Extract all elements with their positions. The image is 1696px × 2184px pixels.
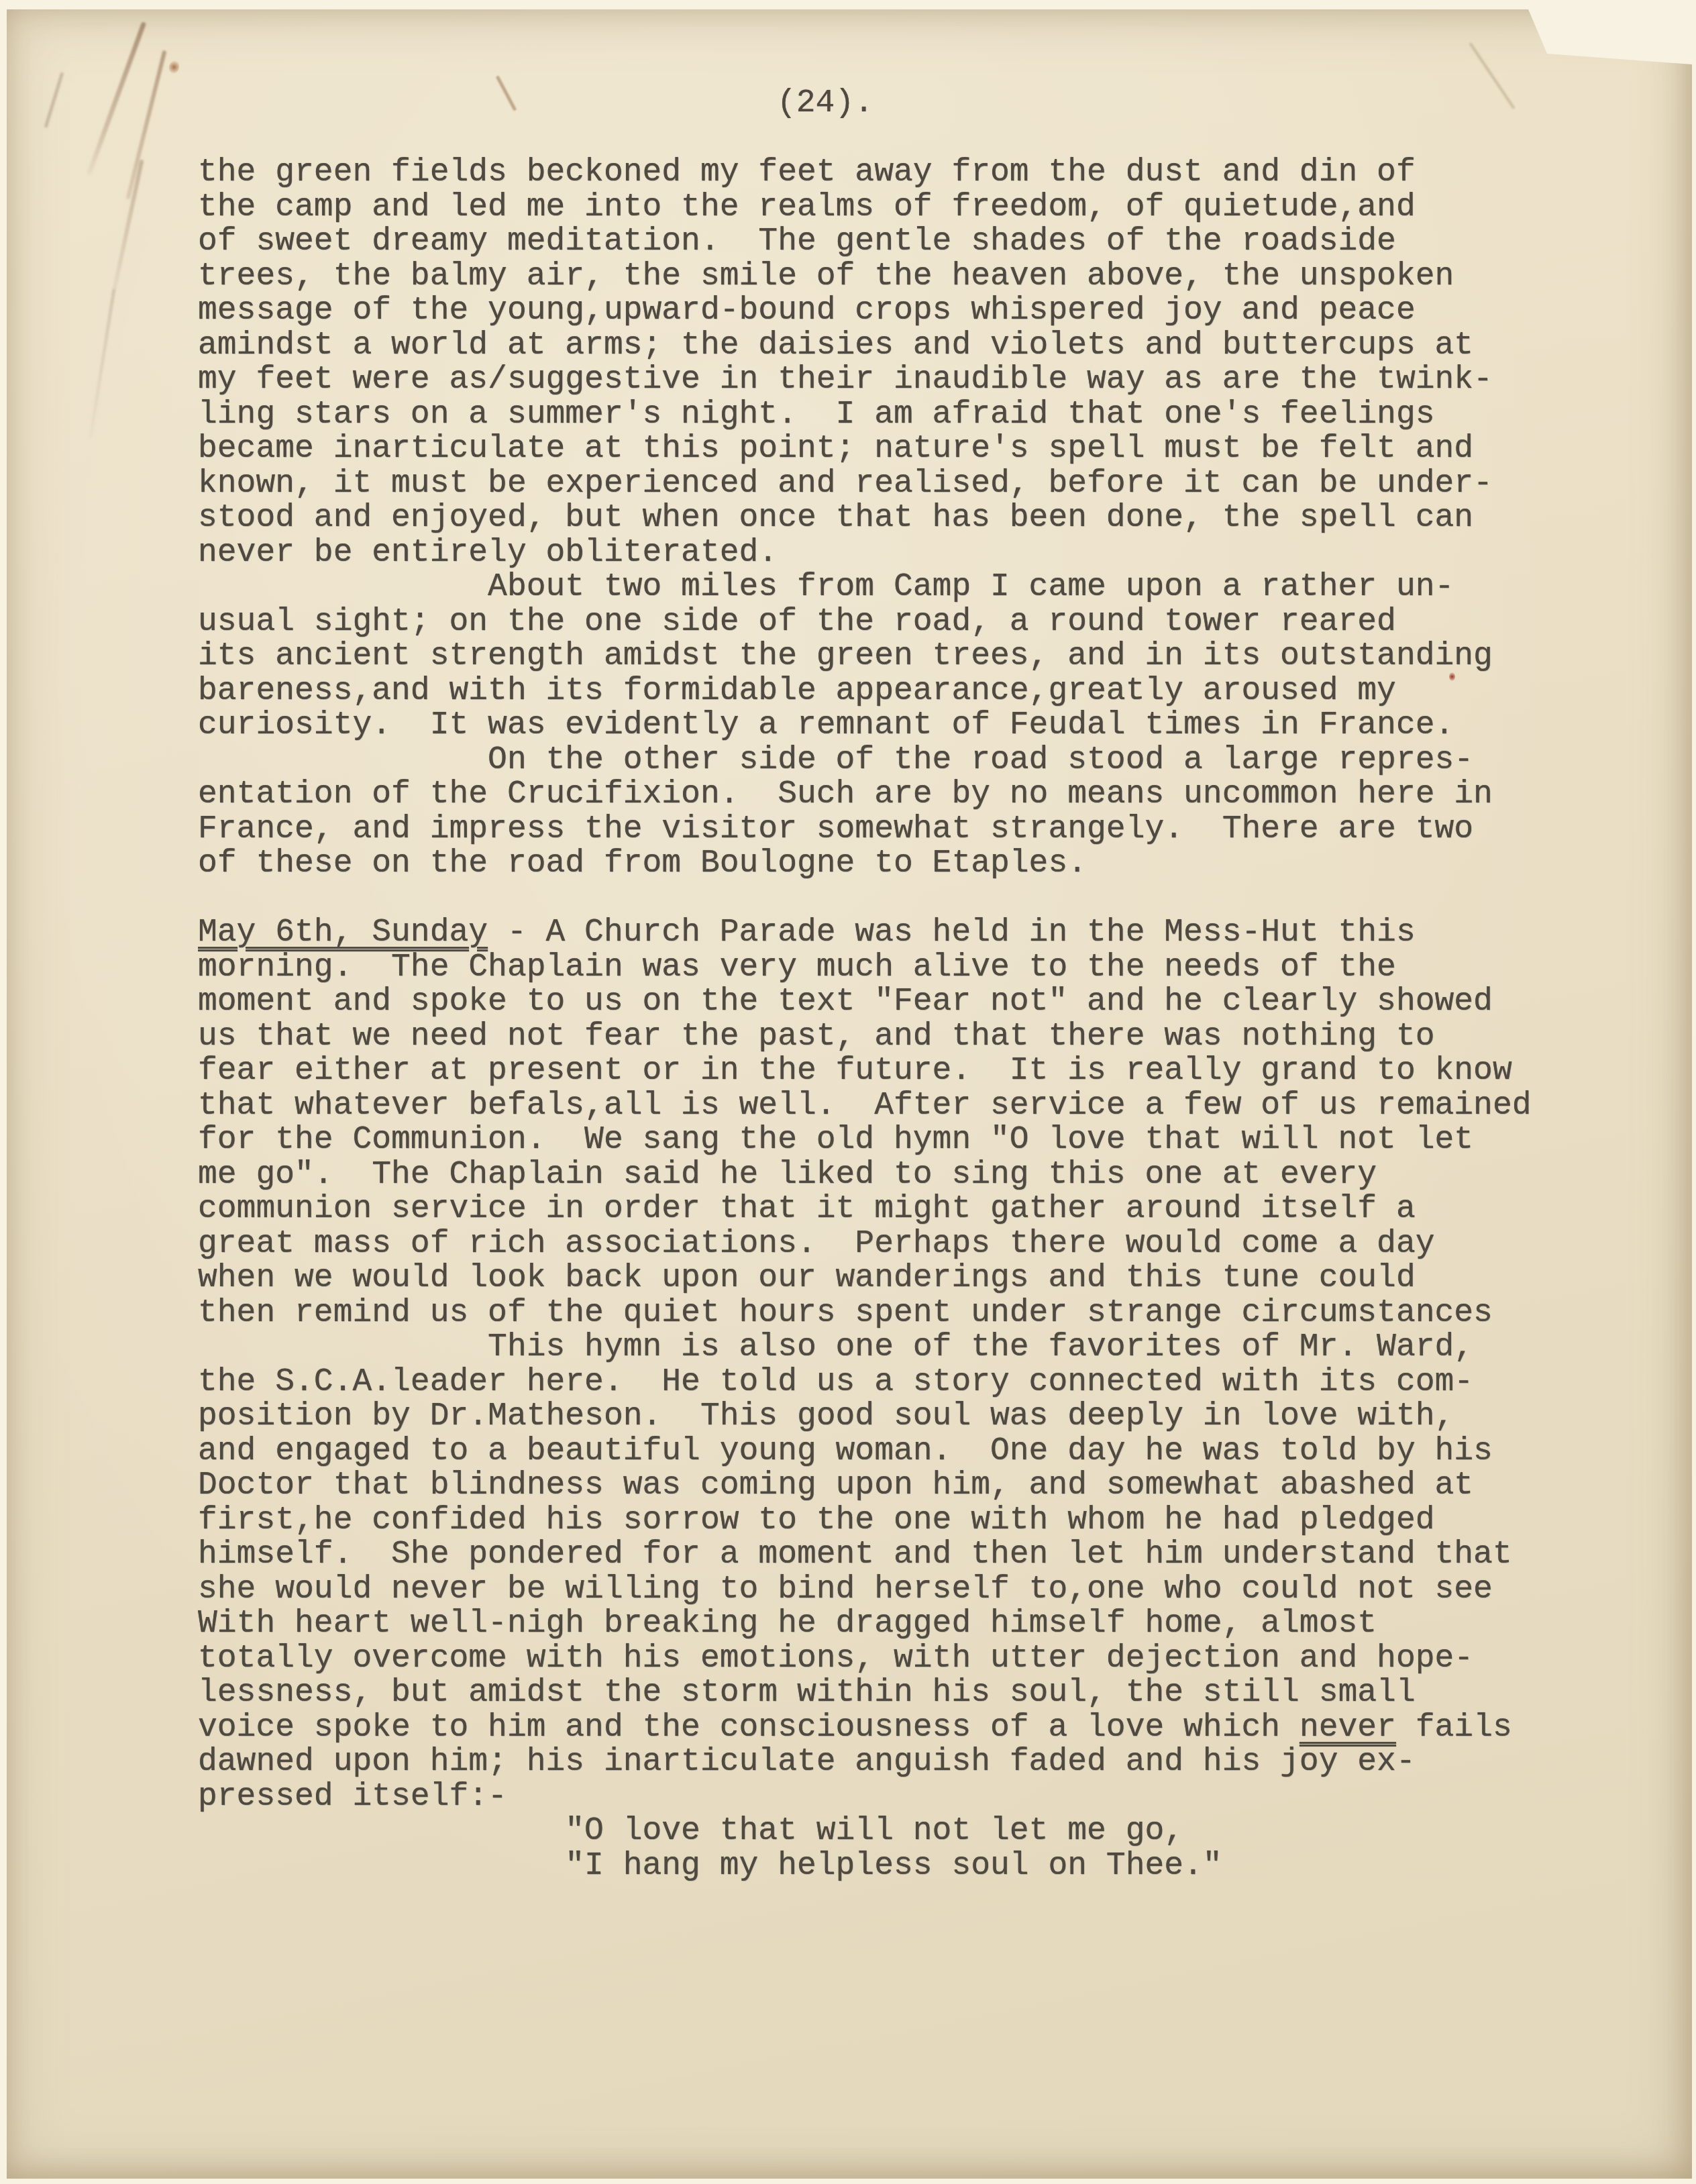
corner-stain-streak (126, 50, 167, 200)
text-line: "O love that will not let me go, (198, 1814, 1532, 1849)
text-line: pressed itself:- (198, 1780, 1532, 1815)
text-line: communion service in order that it might… (198, 1192, 1532, 1227)
text-line: May 6th, Sunday - A Church Parade was he… (198, 916, 1532, 951)
text-line: entation of the Crucifixion. Such are by… (198, 778, 1532, 813)
corner-stain-streak (44, 72, 64, 128)
text-line: moment and spoke to us on the text "Fear… (198, 985, 1532, 1020)
text-line: himself. She pondered for a moment and t… (198, 1538, 1532, 1573)
text-line: its ancient strength amidst the green tr… (198, 639, 1532, 674)
text-line: usual sight; on the one side of the road… (198, 605, 1532, 640)
text-line: and engaged to a beautiful young woman. … (198, 1435, 1532, 1469)
fold-crease-mark (496, 75, 517, 111)
page-number: (24). (777, 86, 873, 121)
text-line: for the Communion. We sang the old hymn … (198, 1123, 1532, 1158)
corner-stain-streak (89, 289, 115, 438)
text-line: lessness, but amidst the storm within hi… (198, 1676, 1532, 1711)
text-line: bareness,and with its formidable appeara… (198, 674, 1532, 709)
text-line: that whatever befals,all is well. After … (198, 1089, 1532, 1124)
text-line: great mass of rich associations. Perhaps… (198, 1227, 1532, 1262)
text-line: With heart well-nigh breaking he dragged… (198, 1607, 1532, 1642)
text-line: became inarticulate at this point; natur… (198, 432, 1532, 467)
text-line: first,he confided his sorrow to the one … (198, 1504, 1532, 1539)
paper-sheet: (24). the green fields beckoned my feet … (7, 9, 1692, 2179)
text-line: amindst a world at arms; the daisies and… (198, 329, 1532, 364)
text-line: ling stars on a summer's night. I am afr… (198, 398, 1532, 433)
text-line (198, 882, 1532, 917)
text-line: Doctor that blindness was coming upon hi… (198, 1469, 1532, 1504)
corner-stain-streak (87, 21, 146, 176)
text-line: This hymn is also one of the favorites o… (198, 1331, 1532, 1365)
text-line: On the other side of the road stood a la… (198, 743, 1532, 778)
text-line: voice spoke to him and the consciousness… (198, 1711, 1532, 1746)
text-line: France, and impress the visitor somewhat… (198, 813, 1532, 847)
text-line: the S.C.A.leader here. He told us a stor… (198, 1365, 1532, 1400)
text-line: the camp and led me into the realms of f… (198, 191, 1532, 225)
corner-fold-crease (1469, 42, 1515, 109)
document-lines: the green fields beckoned my feet away f… (198, 156, 1532, 1883)
scanned-page-photo: { "colors": { "paper": "#eadfc5", "paper… (0, 0, 1696, 2184)
text-line: trees, the balmy air, the smile of the h… (198, 260, 1532, 295)
text-line: fear either at present or in the future.… (198, 1054, 1532, 1089)
corner-stain-streak (112, 160, 144, 291)
text-line: "I hang my helpless soul on Thee." (198, 1849, 1532, 1884)
text-line: position by Dr.Matheson. This good soul … (198, 1400, 1532, 1435)
rust-spot (168, 59, 181, 74)
text-line: known, it must be experienced and realis… (198, 467, 1532, 502)
text-line: totally overcome with his emotions, with… (198, 1642, 1532, 1677)
text-line: me go". The Chaplain said he liked to si… (198, 1158, 1532, 1193)
text-line: dawned upon him; his inarticulate anguis… (198, 1745, 1532, 1780)
text-line: when we would look back upon our wanderi… (198, 1261, 1532, 1296)
text-line: About two miles from Camp I came upon a … (198, 570, 1532, 605)
text-line: of sweet dreamy meditation. The gentle s… (198, 225, 1532, 260)
text-line: message of the young,upward-bound crops … (198, 294, 1532, 329)
text-line: of these on the road from Boulogne to Et… (198, 847, 1532, 882)
text-line: us that we need not fear the past, and t… (198, 1020, 1532, 1055)
text-line: she would never be willing to bind herse… (198, 1573, 1532, 1608)
text-line: then remind us of the quiet hours spent … (198, 1296, 1532, 1331)
text-line: the green fields beckoned my feet away f… (198, 156, 1532, 191)
text-line: morning. The Chaplain was very much aliv… (198, 951, 1532, 986)
text-line: my feet were as/suggestive in their inau… (198, 363, 1532, 398)
text-line: never be entirely obliterated. (198, 536, 1532, 571)
text-line: curiosity. It was evidently a remnant of… (198, 709, 1532, 743)
text-line: stood and enjoyed, but when once that ha… (198, 501, 1532, 536)
